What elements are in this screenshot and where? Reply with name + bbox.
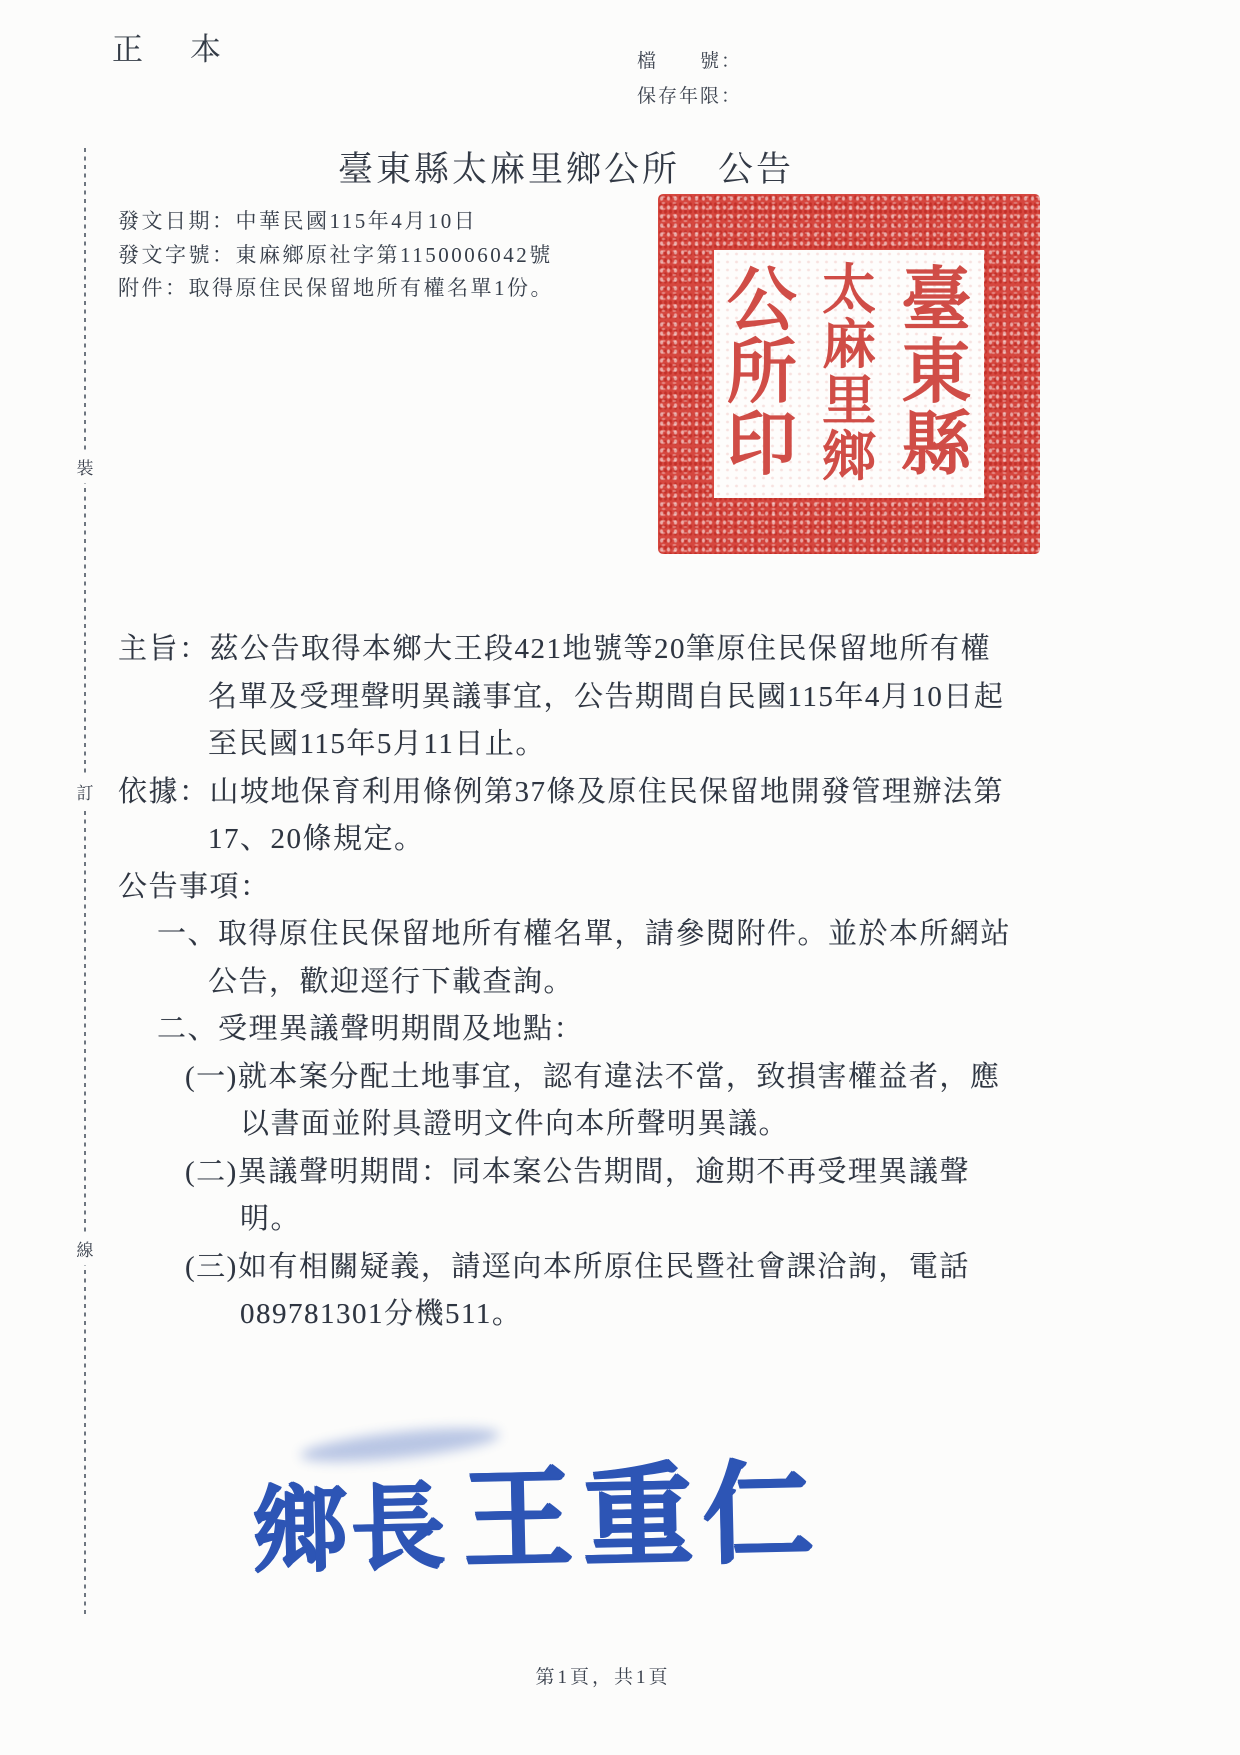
binding-label-xian: 線: [74, 1232, 96, 1265]
official-red-seal: 臺東縣 太麻里鄉 公所印: [658, 194, 1040, 554]
binding-dotted-line: [84, 148, 86, 1614]
doc-number-line: 發文字號：東麻鄉原社字第1150006042號: [118, 239, 554, 273]
binding-label-ding: 訂: [74, 775, 96, 808]
body-line: 公告，歡迎逕行下載查詢。: [208, 959, 1118, 1007]
issue-date-line: 發文日期：中華民國115年4月10日: [118, 205, 554, 239]
attachment-line: 附件：取得原住民保留地所有權名單1份。: [118, 272, 554, 306]
seal-column-left: 公所印: [724, 266, 800, 482]
body-line: 名單及受理聲明異議事宜，公告期間自民國115年4月10日起: [208, 674, 1118, 722]
mayor-name: 王重仁: [460, 1424, 823, 1590]
mayor-title: 鄉長: [251, 1451, 450, 1590]
binding-label-zhuang: 裝: [74, 450, 96, 483]
body-line: (一)就本案分配土地事宜，認有違法不當，致損害權益者，應: [185, 1054, 1118, 1102]
body-line: 主旨：茲公告取得本鄉大王段421地號等20筆原住民保留地所有權: [118, 626, 1118, 674]
file-number-block: 檔 號： 保存年限：: [637, 44, 742, 114]
body-line: 二、受理異議聲明期間及地點：: [157, 1006, 1118, 1054]
body-line: 明。: [240, 1196, 1118, 1244]
body-line: 一、取得原住民保留地所有權名單，請參閱附件。並於本所網站: [157, 911, 1118, 959]
body-line: 公告事項：: [118, 864, 1118, 912]
body-line: (三)如有相關疑義，請逕向本所原住民暨社會課洽詢，電話: [185, 1244, 1118, 1292]
file-number-label: 檔 號：: [637, 44, 742, 79]
body-line: 17、20條規定。: [208, 816, 1118, 864]
seal-column-middle: 太麻里鄉: [820, 263, 878, 485]
announcement-document: 正 本 檔 號： 保存年限： 臺東縣太麻里鄉公所 公告 發文日期：中華民國115…: [0, 0, 1240, 1755]
body-line: 至民國115年5月11日止。: [208, 721, 1118, 769]
body-line: 089781301分機511。: [240, 1291, 1118, 1339]
document-meta: 發文日期：中華民國115年4月10日 發文字號：東麻鄉原社字第115000604…: [118, 205, 554, 306]
announcement-body: 主旨：茲公告取得本鄉大王段421地號等20筆原住民保留地所有權 名單及受理聲明異…: [118, 626, 1118, 1339]
document-title: 臺東縣太麻里鄉公所 公告: [338, 142, 794, 192]
body-line: 以書面並附具證明文件向本所聲明異議。: [240, 1101, 1118, 1149]
body-line: 依據：山坡地保育利用條例第37條及原住民保留地開發管理辦法第: [118, 769, 1118, 817]
copy-type-label: 正 本: [112, 24, 229, 69]
retention-period-label: 保存年限：: [637, 79, 742, 114]
page-number: 第1頁，共1頁: [0, 1662, 1206, 1689]
mayor-signature-stamp: 鄉長 王重仁: [250, 1424, 823, 1590]
seal-column-right: 臺東縣: [898, 266, 974, 482]
official-seal-text: 臺東縣 太麻里鄉 公所印: [714, 250, 984, 498]
body-line: (二)異議聲明期間：同本案公告期間，逾期不再受理異議聲: [185, 1149, 1118, 1197]
